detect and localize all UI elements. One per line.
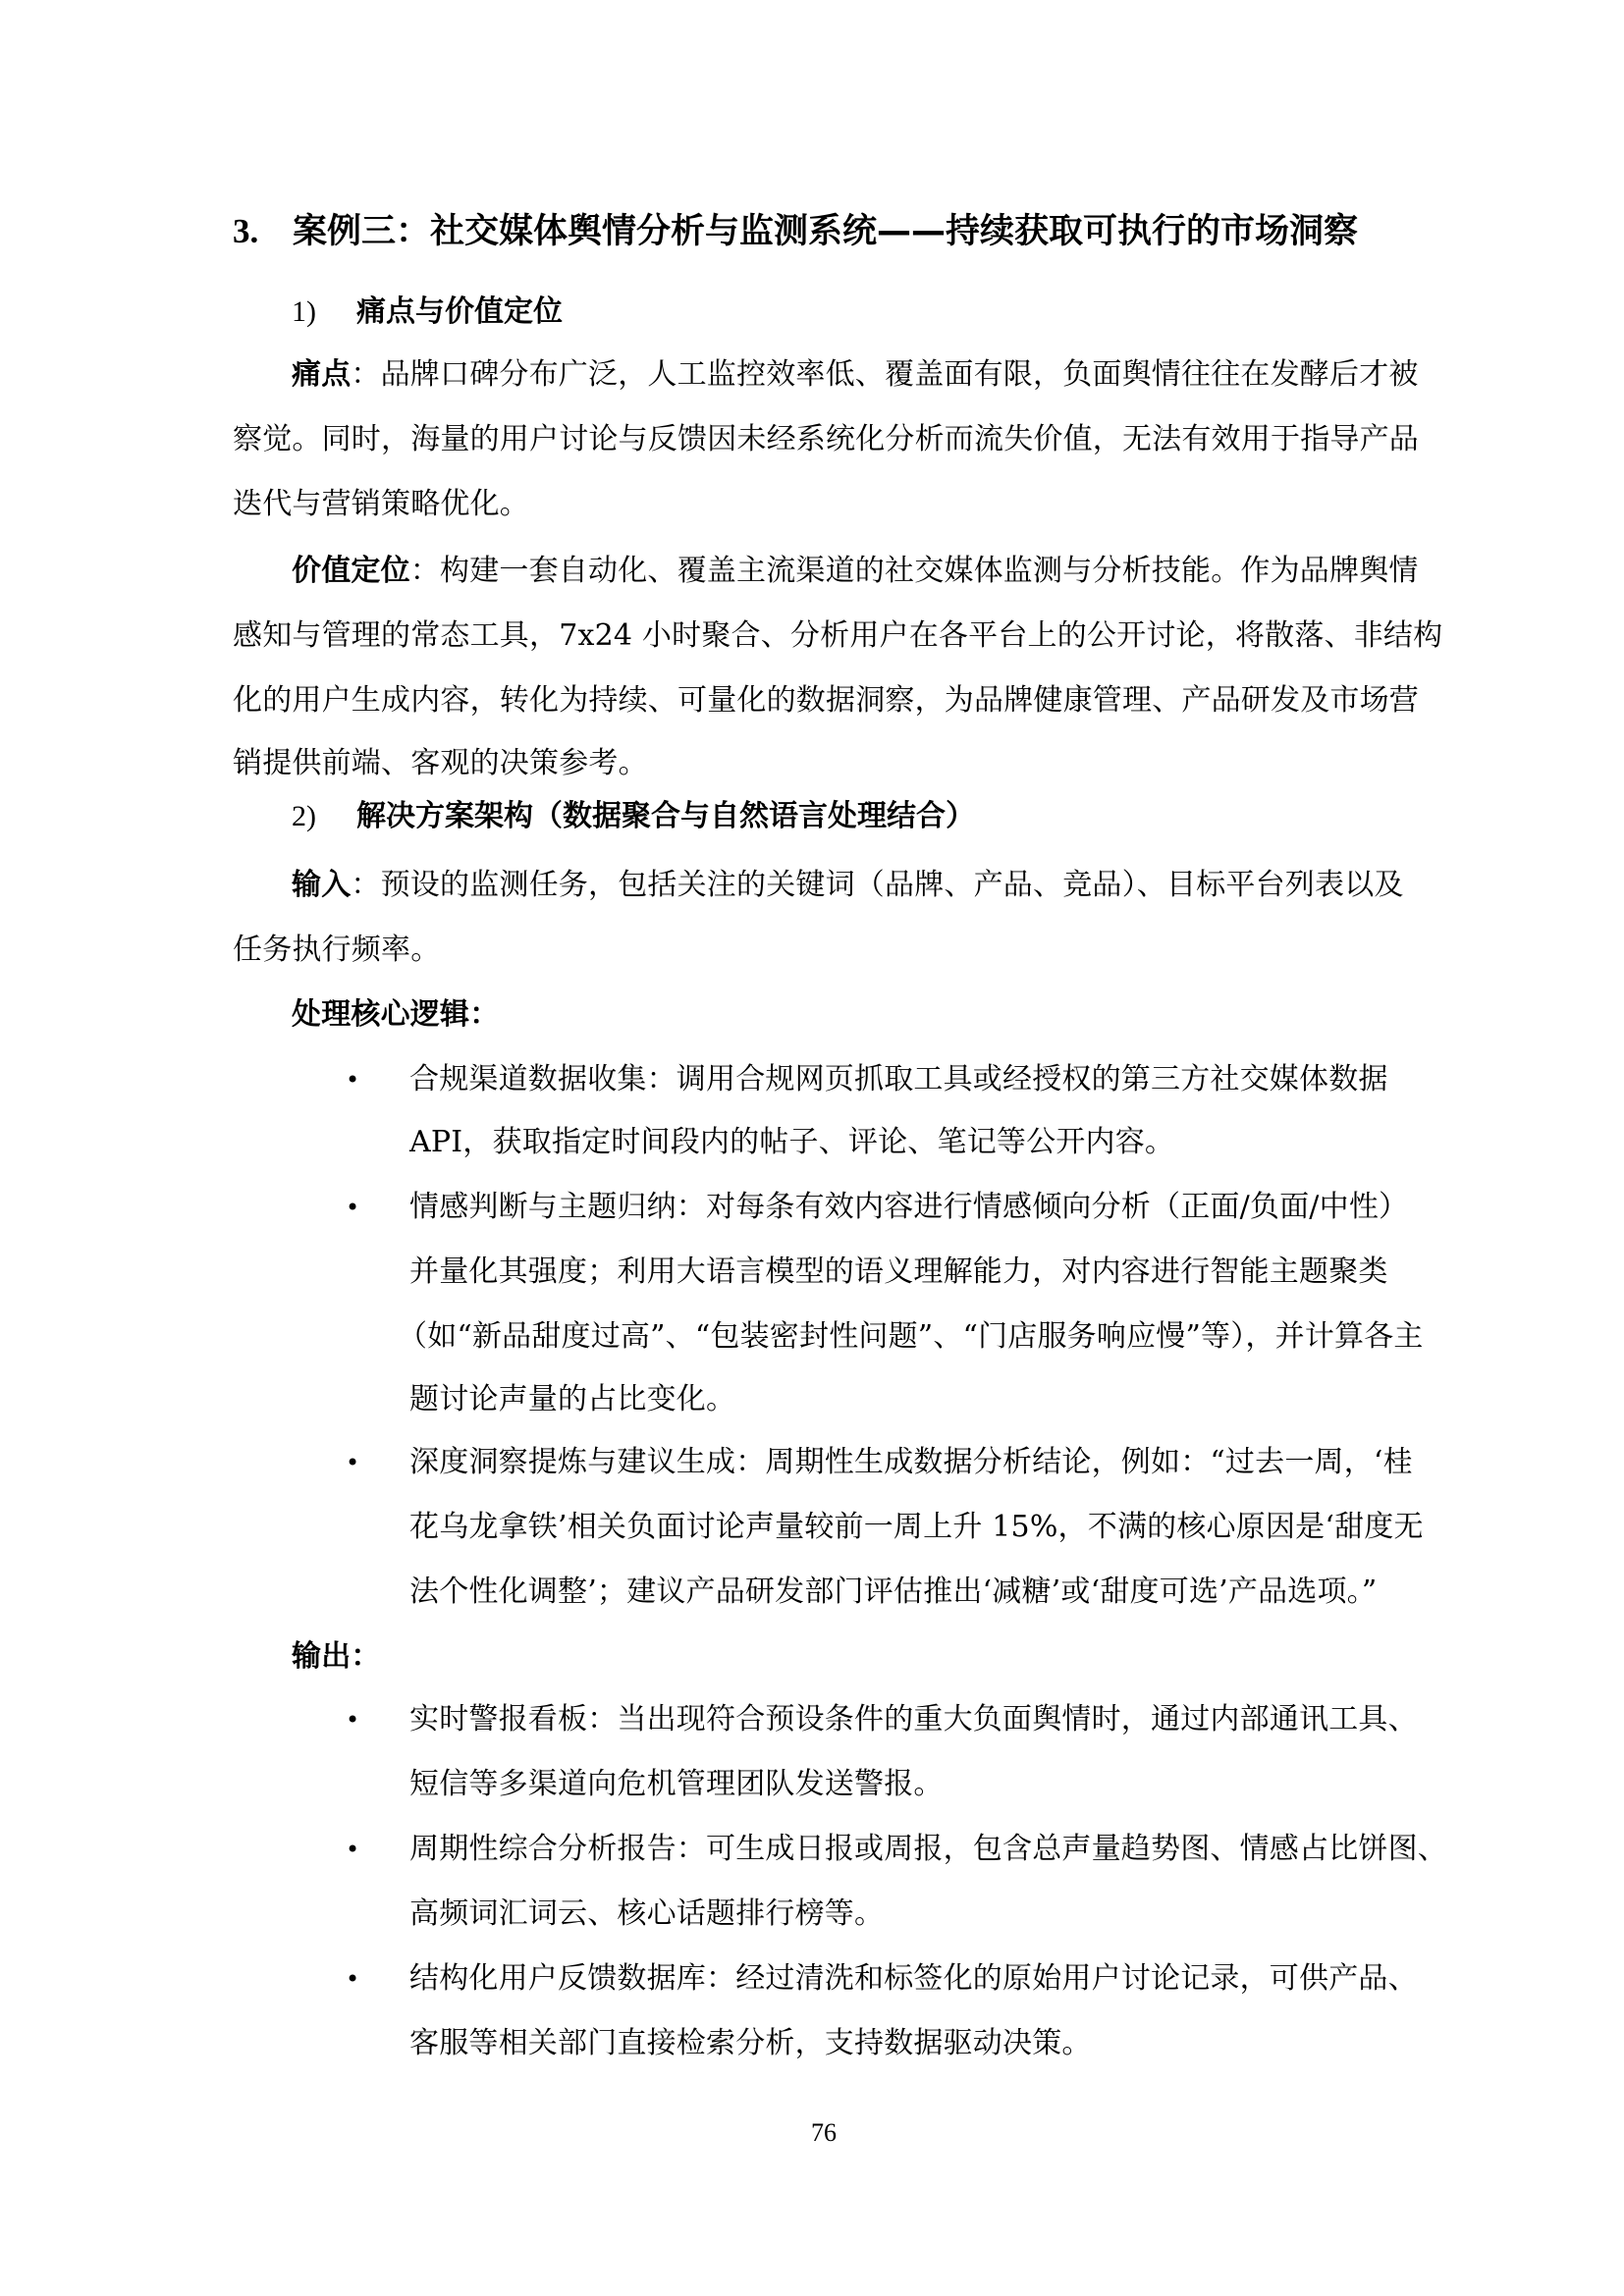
- page-number: 76: [811, 2118, 837, 2148]
- pain-point-line: 痛点：品牌口碑分布广泛，人工监控效率低、覆盖面有限，负面舆情往往在发酵后才被: [292, 355, 1419, 395]
- list-item-line: 周期性综合分析报告：可生成日报或周报，包含总声量趋势图、情感占比饼图、: [409, 1830, 1447, 1869]
- bullet-icon: •: [346, 1188, 359, 1227]
- bullet-icon: •: [346, 1959, 359, 1999]
- list-item-line: API，获取指定时间段内的帖子、评论、笔记等公开内容。: [409, 1123, 1174, 1162]
- section-title: 案例三：社交媒体舆情分析与监测系统——持续获取可执行的市场洞察: [293, 212, 1358, 251]
- bullet-icon: •: [346, 1060, 359, 1099]
- subsection-number: 1): [292, 293, 356, 332]
- subsection-title: 痛点与价值定位: [356, 294, 563, 329]
- input-line: 输入：预设的监测任务，包括关注的关键词（品牌、产品、竞品）、目标平台列表以及: [292, 866, 1404, 905]
- paragraph-text: ：预设的监测任务，包括关注的关键词（品牌、产品、竞品）、目标平台列表以及: [351, 868, 1403, 902]
- list-item-line: 短信等多渠道向危机管理团队发送警报。: [409, 1765, 944, 1804]
- core-logic-label: 处理核心逻辑：: [292, 995, 499, 1035]
- value-position-label: 价值定位: [292, 554, 410, 588]
- value-position-line: 价值定位：构建一套自动化、覆盖主流渠道的社交媒体监测与分析技能。作为品牌舆情: [292, 552, 1419, 591]
- paragraph-text: ：品牌口碑分布广泛，人工监控效率低、覆盖面有限，负面舆情往往在发酵后才被: [351, 357, 1418, 392]
- bullet-icon: •: [346, 1700, 359, 1739]
- subsection-title: 解决方案架构（数据聚合与自然语言处理结合）: [356, 799, 975, 833]
- value-position-line: 销提供前端、客观的决策参考。: [233, 744, 648, 783]
- subsection-heading-2: 2)解决方案架构（数据聚合与自然语言处理结合）: [292, 797, 975, 836]
- bullet-icon: •: [346, 1443, 359, 1482]
- pain-point-line: 察觉。同时，海量的用户讨论与反馈因未经系统化分析而流失价值，无法有效用于指导产品: [233, 420, 1419, 459]
- list-item-line: 深度洞察提炼与建议生成：周期性生成数据分析结论，例如：“过去一周，‘桂: [409, 1443, 1413, 1482]
- list-item-line: 客服等相关部门直接检索分析，支持数据驱动决策。: [409, 2024, 1092, 2063]
- bullet-icon: •: [346, 1830, 359, 1869]
- list-item-line: 花乌龙拿铁’相关负面讨论声量较前一周上升 15%，不满的核心原因是‘甜度无: [409, 1508, 1424, 1547]
- subsection-heading-1: 1)痛点与价值定位: [292, 293, 563, 332]
- list-item-line: 结构化用户反馈数据库：经过清洗和标签化的原始用户讨论记录，可供产品、: [409, 1959, 1418, 1999]
- section-number: 3.: [233, 210, 293, 253]
- value-position-line: 化的用户生成内容，转化为持续、可量化的数据洞察，为品牌健康管理、产品研发及市场营: [233, 681, 1419, 721]
- list-item-line: 实时警报看板：当出现符合预设条件的重大负面舆情时，通过内部通讯工具、: [409, 1700, 1418, 1739]
- output-label: 输出：: [292, 1637, 381, 1677]
- list-item-line: 题讨论声量的占比变化。: [409, 1380, 735, 1419]
- list-item-line: 法个性化调整’；建议产品研发部门评估推出‘减糖’或‘甜度可选’产品选项。”: [409, 1573, 1377, 1612]
- value-position-line: 感知与管理的常态工具，7x24 小时聚合、分析用户在各平台上的公开讨论，将散落、…: [233, 616, 1442, 656]
- input-line: 任务执行频率。: [233, 931, 440, 970]
- list-item-line: 并量化其强度；利用大语言模型的语义理解能力，对内容进行智能主题聚类: [409, 1253, 1388, 1292]
- subsection-number: 2): [292, 797, 356, 836]
- list-item-line: 合规渠道数据收集：调用合规网页抓取工具或经授权的第三方社交媒体数据: [409, 1060, 1388, 1099]
- section-heading: 3.案例三：社交媒体舆情分析与监测系统——持续获取可执行的市场洞察: [233, 210, 1358, 253]
- pain-point-line: 迭代与营销策略优化。: [233, 485, 529, 524]
- document-page: 3.案例三：社交媒体舆情分析与监测系统——持续获取可执行的市场洞察 1)痛点与价…: [0, 0, 1624, 2296]
- list-item-line: （如“新品甜度过高”、“包装密封性问题”、“门店服务响应慢”等），并计算各主: [398, 1317, 1424, 1357]
- list-item-line: 高频词汇词云、核心话题排行榜等。: [409, 1895, 884, 1934]
- list-item-line: 情感判断与主题归纳：对每条有效内容进行情感倾向分析（正面/负面/中性）: [409, 1188, 1408, 1227]
- paragraph-text: ：构建一套自动化、覆盖主流渠道的社交媒体监测与分析技能。作为品牌舆情: [410, 554, 1419, 588]
- pain-point-label: 痛点: [292, 357, 351, 392]
- input-label: 输入: [292, 868, 351, 902]
